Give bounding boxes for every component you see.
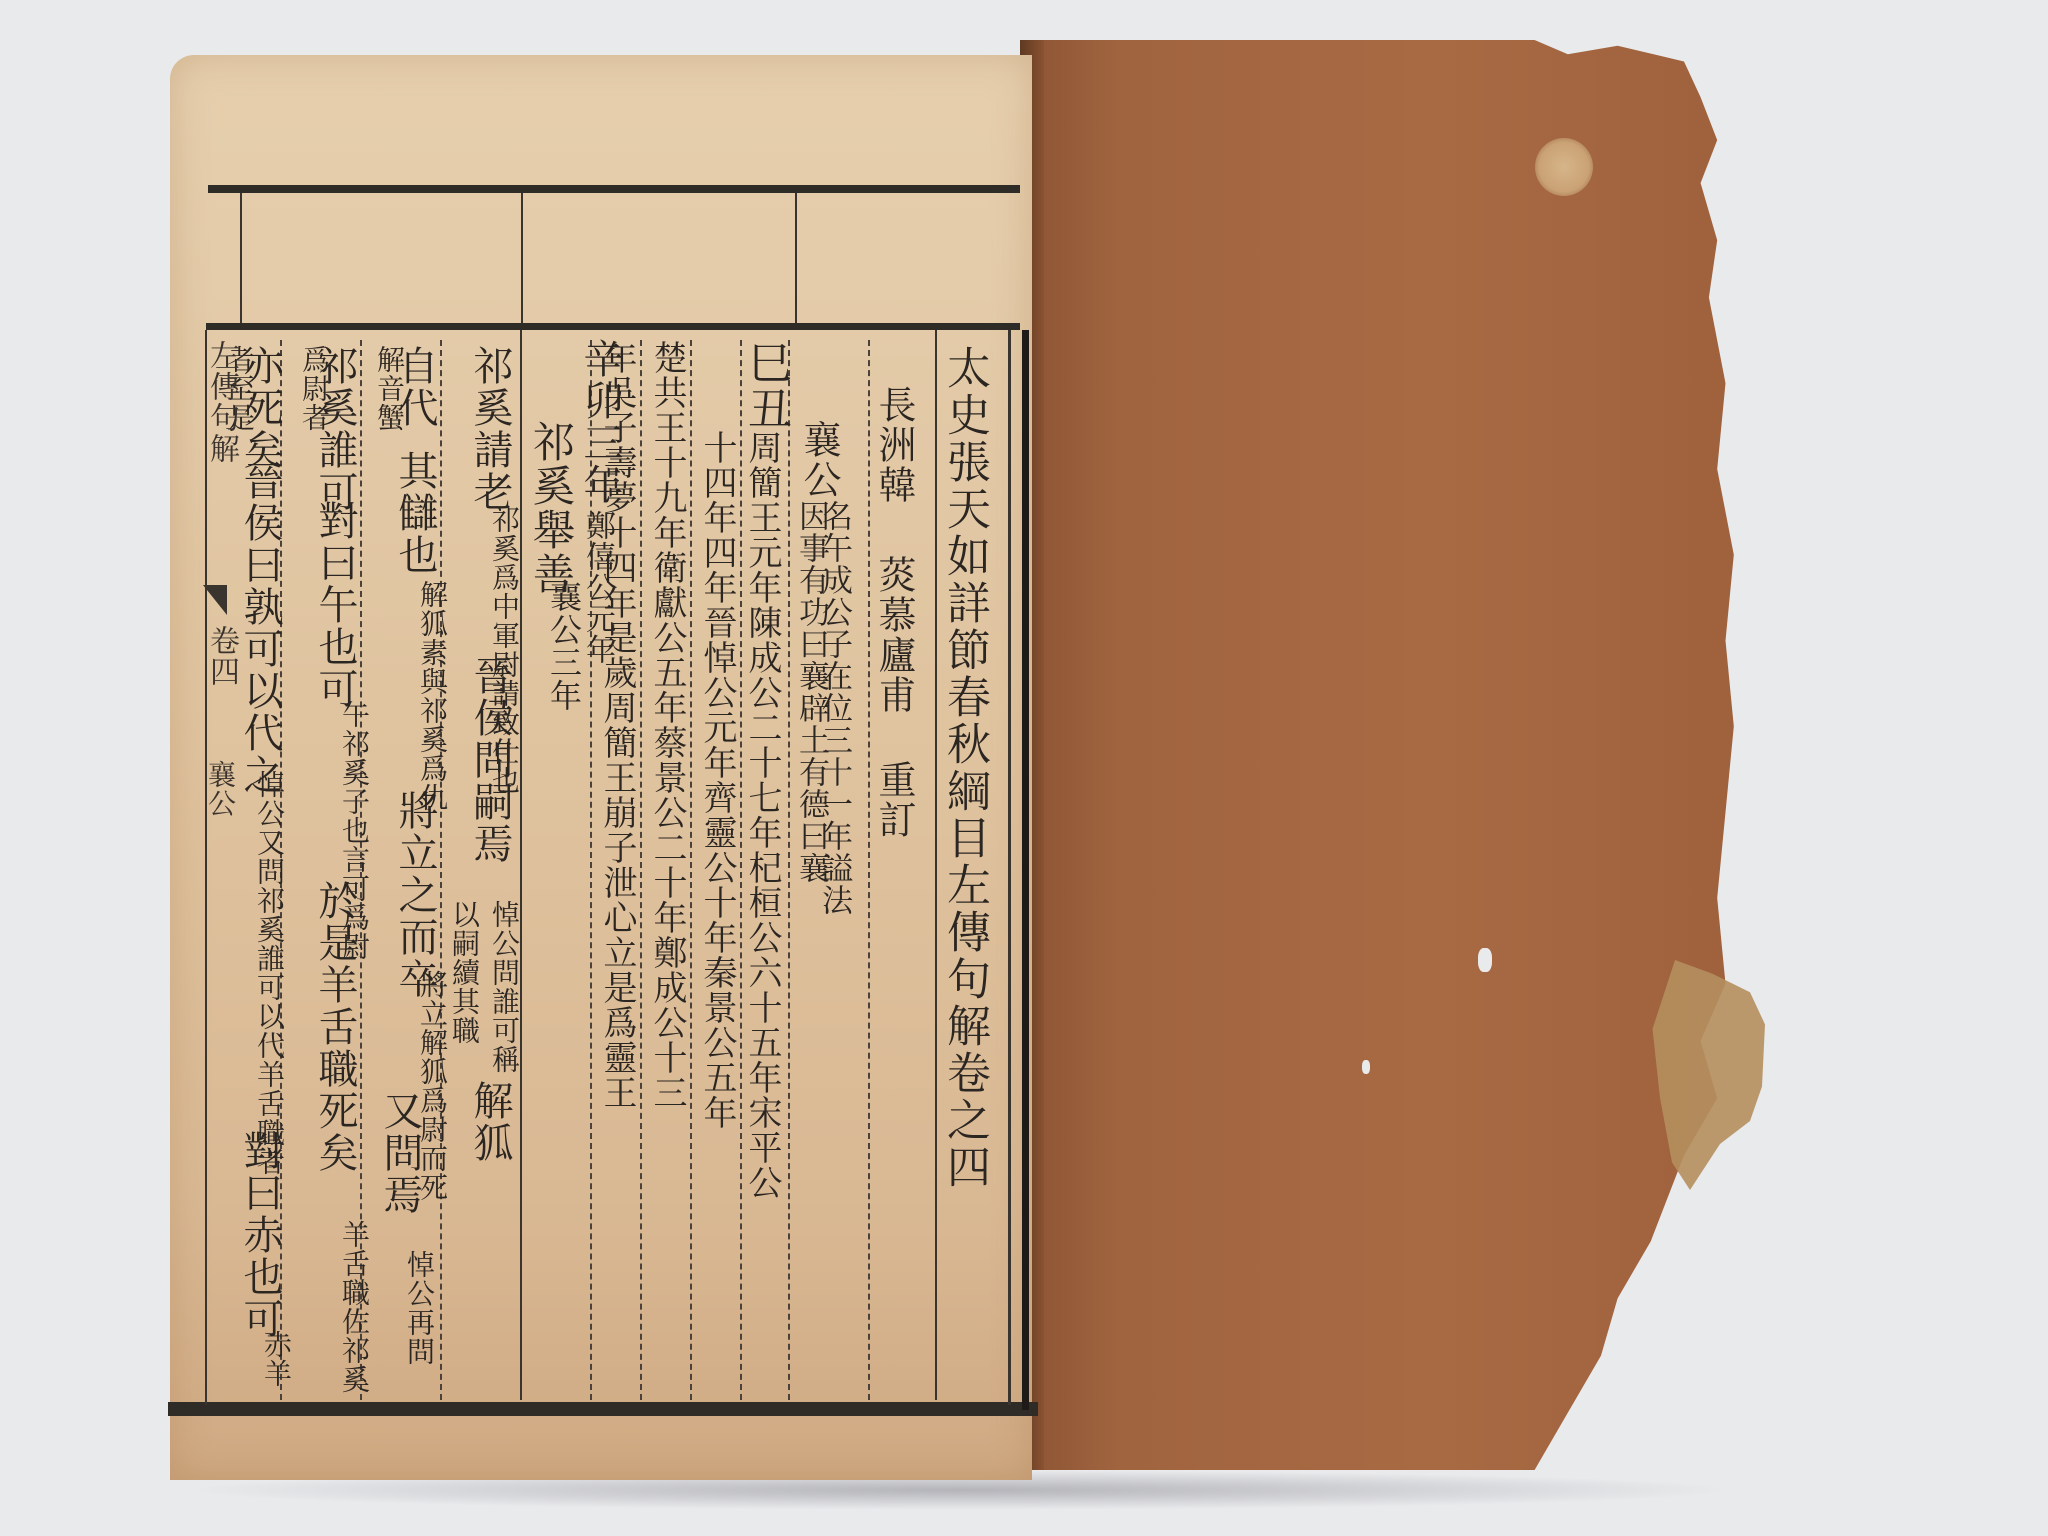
editor-action: 重訂 (875, 760, 913, 840)
year-label: 巳丑 (743, 340, 787, 432)
text-column-1b-note: 悼公問誰可稱 (490, 900, 518, 1074)
editor-place: 長洲韓 (875, 385, 913, 505)
chronology-col-2: 周簡王元年陳成公二十七年杞桓公六十五年宋平公 (745, 430, 779, 1200)
margin-line (205, 330, 207, 1405)
column-dash (640, 340, 642, 1400)
column-dash (788, 340, 790, 1400)
book-cover (1020, 40, 1850, 1470)
text-column-3b: 將立之而卒 (395, 790, 435, 1000)
margin-title: 左傳句解 (206, 340, 236, 464)
chronology-col-1: 十四年四年晉悼公元年齊靈公十年秦景公五年 (700, 430, 734, 1130)
text-column-4b: 對曰午也可 (315, 500, 355, 710)
section-heading-note: 襄公三年 (548, 580, 580, 712)
text-column-5b-note: 悼公又問祁奚誰可以代羊舌職者 (255, 770, 283, 1176)
text-column-5c-note: 赤羊 (262, 1330, 290, 1388)
header-divider (795, 193, 797, 323)
outer-right-rule (1022, 330, 1029, 1410)
text-column-3c: 又問焉 (380, 1090, 420, 1216)
bottom-border-rule (168, 1402, 1038, 1416)
year-entry: 辛卯三年 (580, 338, 620, 506)
text-column-3c-note: 悼公再問 (405, 1250, 433, 1366)
text-column-1: 祁奚請老 (470, 345, 510, 513)
text-column-1c: 解狐 (470, 1080, 510, 1164)
worm-hole (1362, 1060, 1370, 1074)
duke-name: 襄公 (800, 420, 838, 500)
text-column-2-annot: 解音蟹 (375, 345, 403, 432)
section-heading: 祁奚舉善 (530, 420, 572, 596)
column-line (935, 330, 937, 1400)
chronology-col-3: 楚共王十九年衛獻公五年蔡景公二十年鄭成公十三 (650, 340, 684, 1110)
worm-hole (1478, 948, 1492, 972)
duke-note-left: 因事有功曰襄辟土有德曰襄 (795, 500, 826, 884)
column-dash (868, 340, 870, 1400)
column-dash (690, 340, 692, 1400)
text-column-2-note: 以嗣續其職 (450, 900, 478, 1045)
text-column-5b: 晉侯曰孰可以代之 (240, 460, 280, 796)
margin-volume: 卷四 (206, 625, 236, 687)
text-column-4c: 於是羊舌職死矣 (315, 880, 355, 1174)
top-border-rule (208, 185, 1020, 193)
text-column-4-annot: 爲尉者 (300, 345, 328, 432)
header-divider (240, 193, 242, 323)
text-column-3-note: 解狐素與祁奚爲仇 (418, 580, 446, 812)
column-line (520, 330, 522, 1400)
margin-section: 襄公 (206, 760, 234, 818)
text-column-1b: 晉侯問嗣焉 (470, 655, 510, 865)
header-divider (521, 193, 523, 323)
column-dash (440, 340, 442, 1400)
year-entry-note: 鄭僖公元年 (582, 510, 612, 665)
text-column-3: 其讎也 (395, 450, 435, 576)
book-title: 太史張天如詳節春秋綱目左傳句解卷之四 (942, 345, 986, 1191)
right-border-rule (1008, 330, 1011, 1405)
text-top-rule (206, 323, 1020, 330)
text-column-5c: 對曰赤也可 (240, 1130, 280, 1340)
editor-name: 菼慕廬甫 (875, 555, 913, 715)
water-stain (1535, 138, 1593, 196)
text-column-4c-note: 羊舌職佐祁奚 (340, 1220, 368, 1394)
